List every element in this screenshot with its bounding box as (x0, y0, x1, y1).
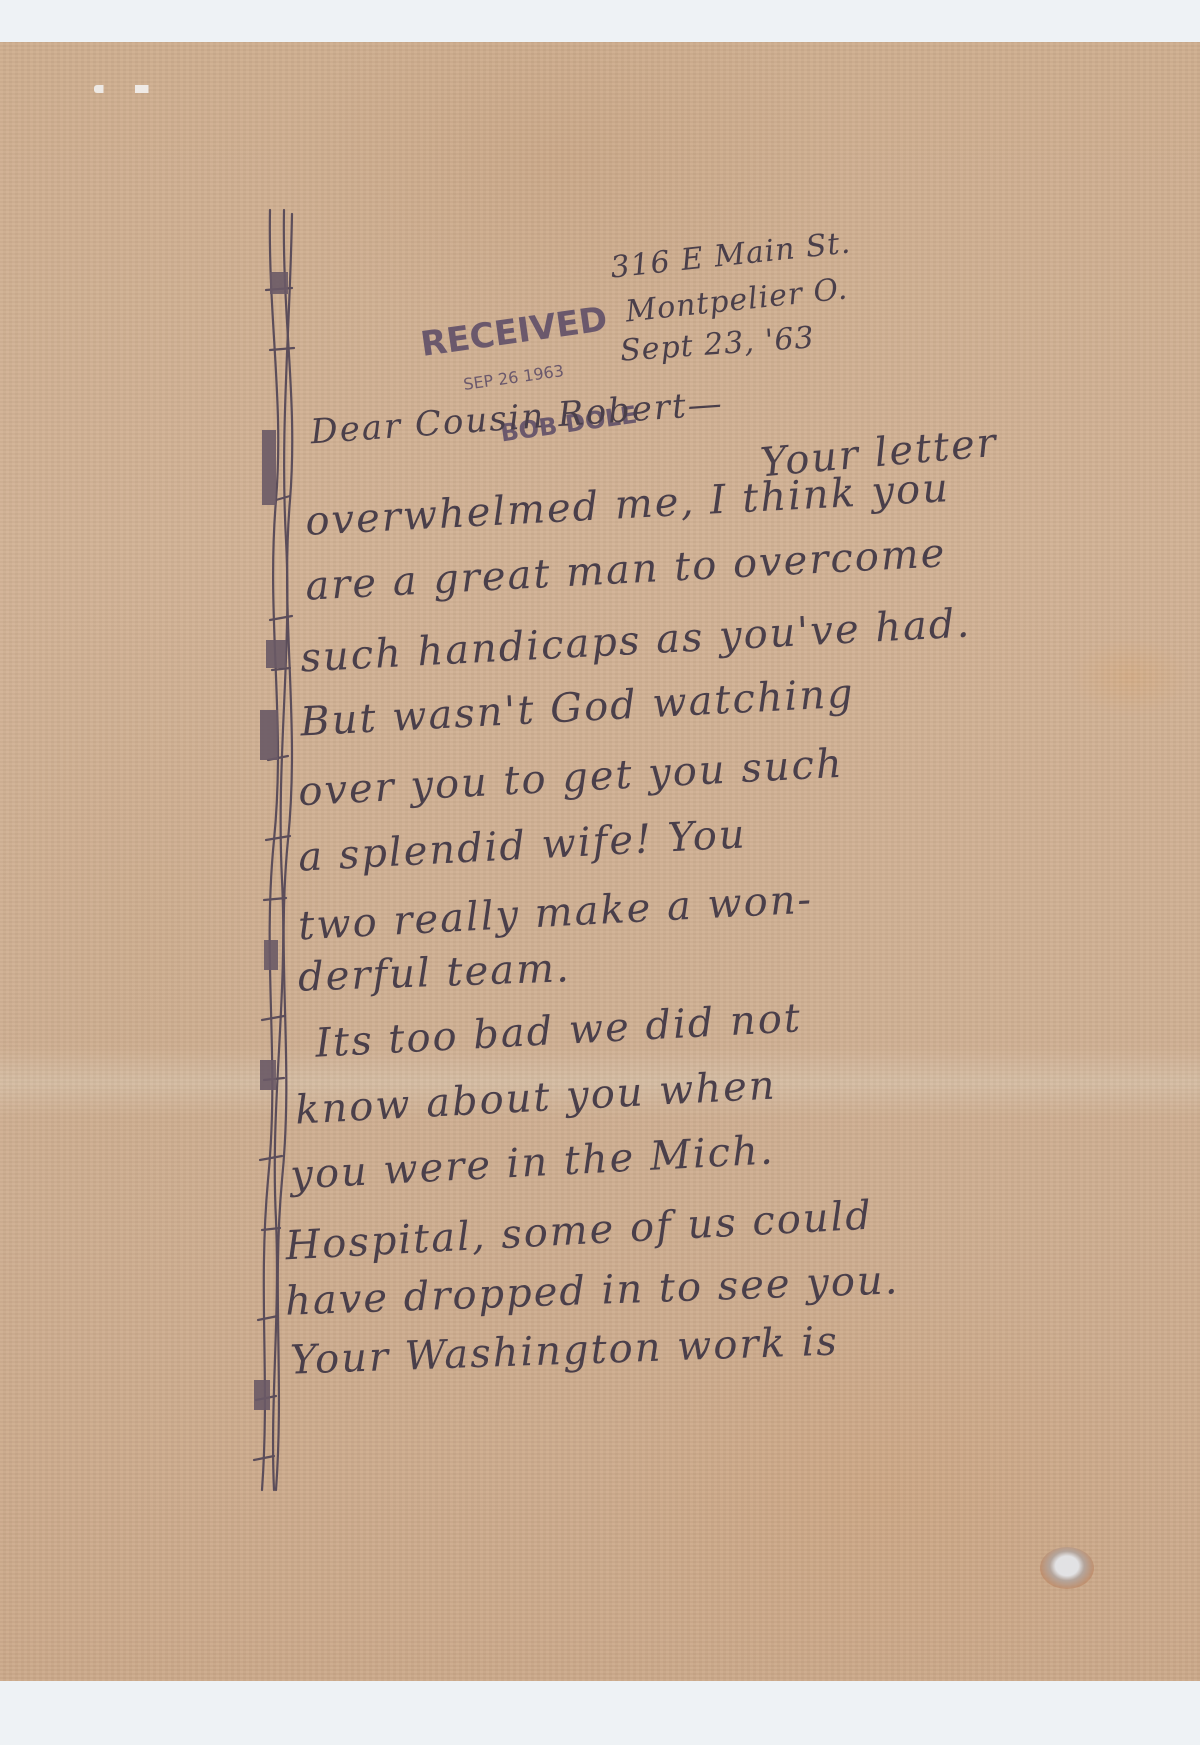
paper-hole-damage (1040, 1547, 1094, 1589)
body-line: derful team. (297, 945, 571, 1000)
paper-stain (1070, 637, 1190, 717)
scan-top-margin (0, 0, 1200, 42)
scan-bottom-margin (0, 1681, 1200, 1745)
paper-scuff-mark (94, 85, 162, 93)
